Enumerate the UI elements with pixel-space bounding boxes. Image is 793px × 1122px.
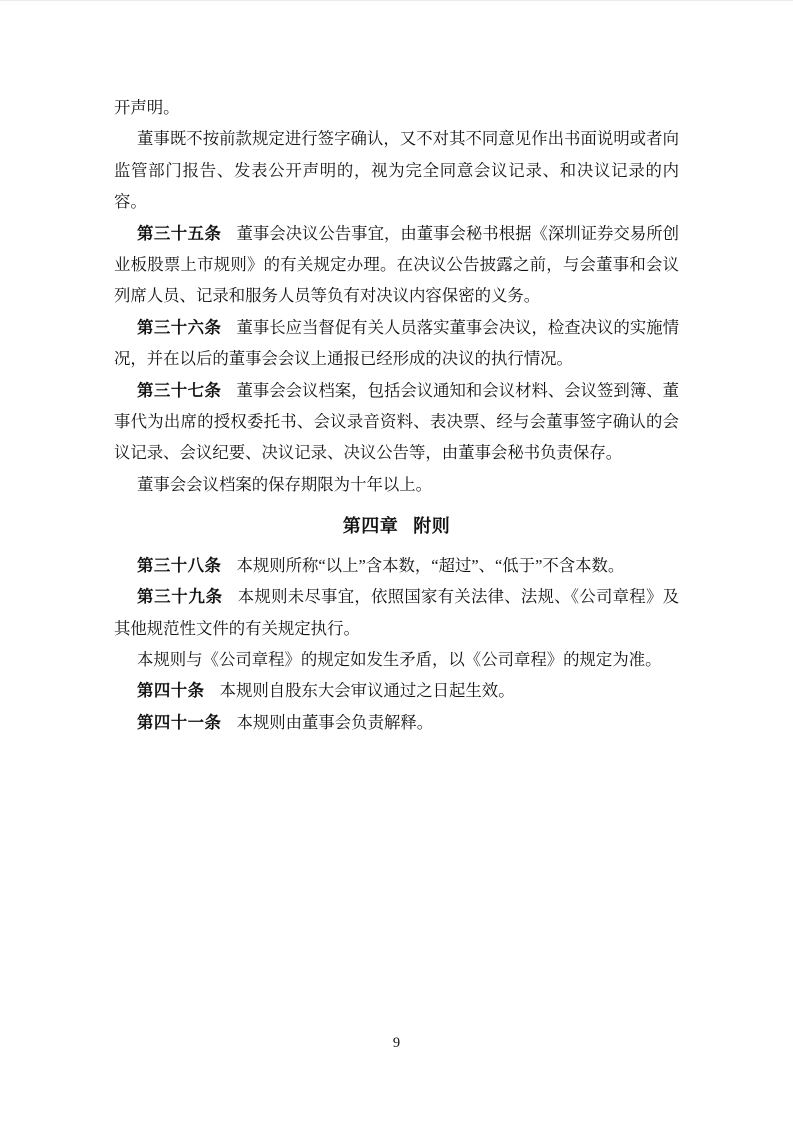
article-paragraph: 第三十七条董事会会议档案，包括会议通知和会议材料、会议签到簿、董事代为出席的授权… — [114, 375, 679, 469]
article-paragraph: 第三十五条董事会决议公告事宜，由董事会秘书根据《深圳证券交易所创业板股票上市规则… — [114, 218, 679, 312]
body-paragraph: 开声明。 — [114, 92, 679, 123]
paragraph-text: 开声明。 — [114, 98, 180, 117]
paragraph-text: 董事既不按前款规定进行签字确认，又不对其不同意见作出书面说明或者向监管部门报告、… — [114, 129, 679, 211]
article-number: 第三十五条 — [137, 224, 221, 243]
paragraph-text: 本规则由董事会负责解释。 — [236, 713, 433, 732]
document-body: 开声明。董事既不按前款规定进行签字确认，又不对其不同意见作出书面说明或者向监管部… — [114, 92, 679, 738]
article-number: 第四十条 — [137, 681, 205, 700]
article-number: 第三十六条 — [137, 318, 221, 337]
article-number: 第三十七条 — [137, 381, 221, 400]
body-paragraph: 董事既不按前款规定进行签字确认，又不对其不同意见作出书面说明或者向监管部门报告、… — [114, 123, 679, 217]
article-number: 第四十一条 — [137, 713, 221, 732]
paragraph-text: 本规则与《公司章程》的规定如发生矛盾，以《公司章程》的规定为准。 — [137, 650, 662, 669]
article-paragraph: 第三十九条本规则未尽事宜，依照国家有关法律、法规、《公司章程》及其他规范性文件的… — [114, 581, 679, 644]
page-number: 9 — [0, 1035, 793, 1052]
article-paragraph: 第三十八条本规则所称“以上”含本数，“超过”、“低于”不含本数。 — [114, 550, 679, 581]
paragraph-text: 董事会会议档案的保存期限为十年以上。 — [137, 475, 432, 494]
article-number: 第三十九条 — [137, 587, 223, 606]
article-paragraph: 第四十条本规则自股东大会审议通过之日起生效。 — [114, 675, 679, 706]
body-paragraph: 本规则与《公司章程》的规定如发生矛盾，以《公司章程》的规定为准。 — [114, 644, 679, 675]
paragraph-text: 本规则自股东大会审议通过之日起生效。 — [220, 681, 515, 700]
chapter-heading: 第四章 附则 — [114, 511, 679, 542]
article-paragraph: 第三十六条董事长应当督促有关人员落实董事会决议，检查决议的实施情况，并在以后的董… — [114, 312, 679, 375]
article-paragraph: 第四十一条本规则由董事会负责解释。 — [114, 707, 679, 738]
article-number: 第三十八条 — [137, 556, 221, 575]
document-page: 开声明。董事既不按前款规定进行签字确认，又不对其不同意见作出书面说明或者向监管部… — [0, 0, 793, 1122]
body-paragraph: 董事会会议档案的保存期限为十年以上。 — [114, 469, 679, 500]
paragraph-text: 本规则所称“以上”含本数，“超过”、“低于”不含本数。 — [236, 556, 624, 575]
